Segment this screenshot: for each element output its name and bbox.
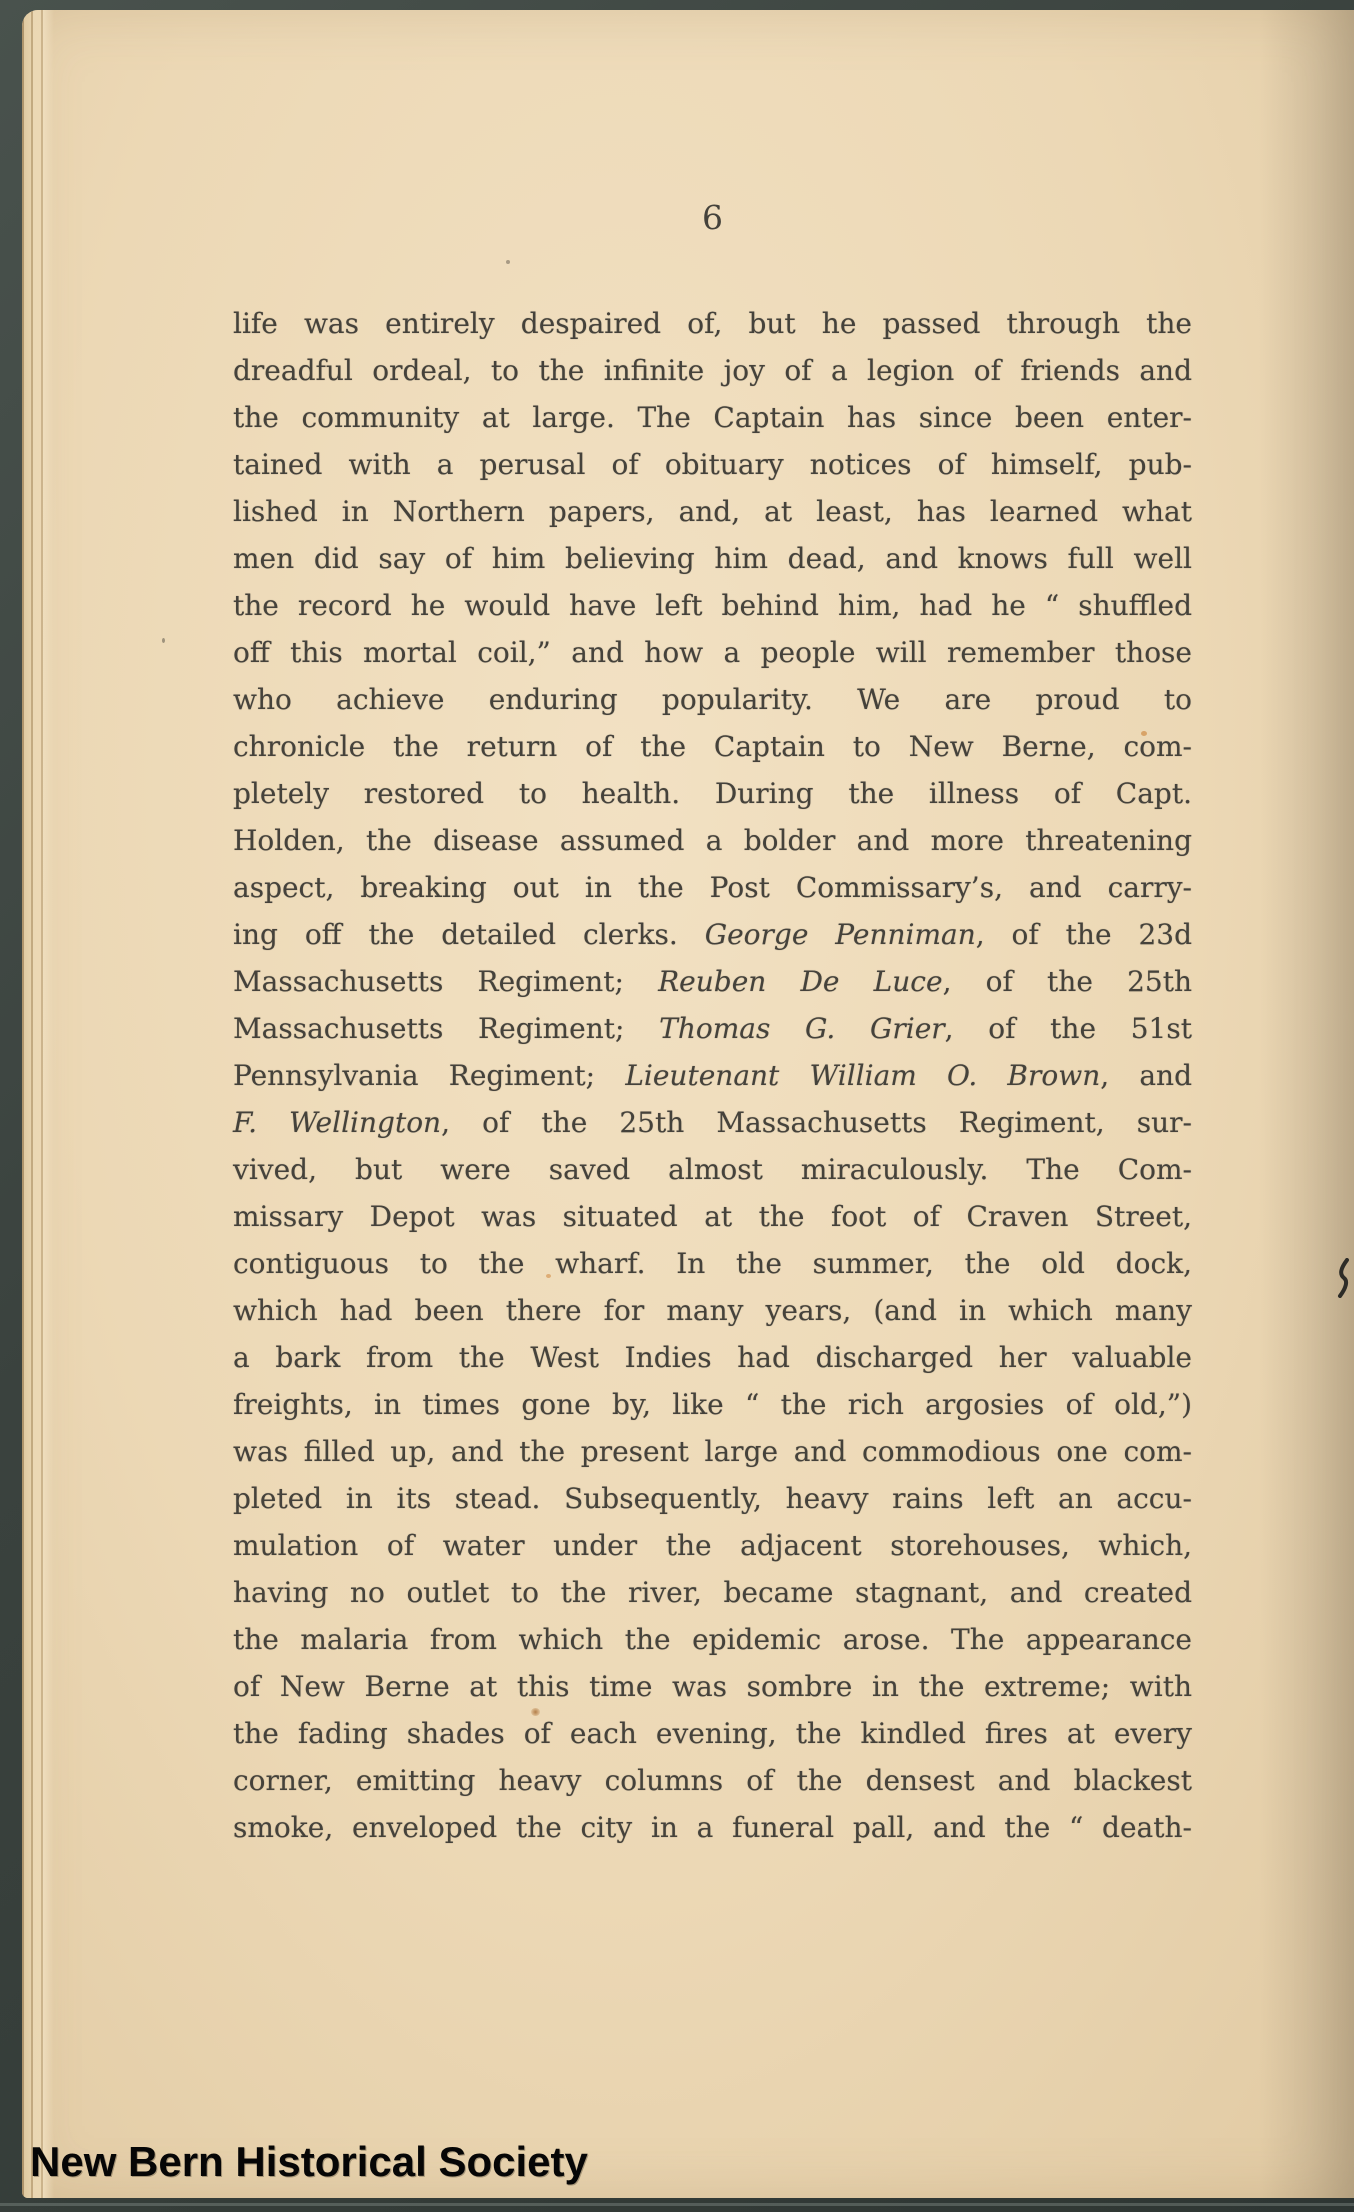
text-line: having no outlet to the river, became st…: [233, 1569, 1192, 1616]
text-line: contiguous to the wharf. In the summer, …: [233, 1240, 1192, 1287]
text-segment: which had been there for many years, (an…: [233, 1294, 1192, 1327]
italic-text-segment: F. Wellington: [233, 1106, 441, 1139]
text-line: chronicle the return of the Captain to N…: [233, 723, 1192, 770]
text-segment: , of the 25th Massachusetts Regiment, su…: [441, 1106, 1192, 1139]
footer-stamp: New Bern Historical Society: [30, 2138, 588, 2186]
text-segment: chronicle the return of the Captain to N…: [233, 730, 1192, 763]
text-line: corner, emitting heavy columns of the de…: [233, 1757, 1192, 1804]
text-line: who achieve enduring popularity. We are …: [233, 676, 1192, 723]
text-line: smoke, enveloped the city in a funeral p…: [233, 1804, 1192, 1851]
text-line: Pennsylvania Regiment; Lieutenant Willia…: [233, 1052, 1192, 1099]
text-segment: lished in Northern papers, and, at least…: [233, 495, 1192, 528]
italic-text-segment: George Penniman: [705, 918, 976, 951]
italic-text-segment: Lieutenant William O. Brown: [625, 1059, 1100, 1092]
text-line: freights, in times gone by, like “ the r…: [233, 1381, 1192, 1428]
text-line: vived, but were saved almost miraculousl…: [233, 1146, 1192, 1193]
text-line: of New Berne at this time was sombre in …: [233, 1663, 1192, 1710]
italic-text-segment: Reuben De Luce: [658, 965, 942, 998]
text-line: F. Wellington, of the 25th Massachusetts…: [233, 1099, 1192, 1146]
text-segment: the community at large. The Captain has …: [233, 401, 1192, 434]
page-text: life was entirely despaired of, but he p…: [233, 300, 1192, 1851]
text-line: lished in Northern papers, and, at least…: [233, 488, 1192, 535]
italic-text-segment: Thomas G. Grier: [659, 1012, 945, 1045]
text-line: men did say of him believing him dead, a…: [233, 535, 1192, 582]
text-line: the fading shades of each evening, the k…: [233, 1710, 1192, 1757]
text-segment: was filled up, and the present large and…: [233, 1435, 1192, 1468]
text-segment: Pennsylvania Regiment;: [233, 1059, 625, 1092]
paper-speck: [506, 260, 510, 264]
scanned-book-page: 6 life was entirely despaired of, but he…: [0, 0, 1354, 2212]
text-segment: , of the 51st: [945, 1012, 1192, 1045]
paper-speck: [546, 1274, 551, 1278]
text-line: which had been there for many years, (an…: [233, 1287, 1192, 1334]
text-segment: having no outlet to the river, became st…: [233, 1576, 1192, 1609]
text-segment: aspect, breaking out in the Post Commiss…: [233, 871, 1192, 904]
text-line: Massachusetts Regiment; Thomas G. Grier,…: [233, 1005, 1192, 1052]
text-segment: the record he would have left behind him…: [233, 589, 1192, 622]
text-segment: vived, but were saved almost miraculousl…: [233, 1153, 1192, 1186]
text-line: was filled up, and the present large and…: [233, 1428, 1192, 1475]
text-segment: of New Berne at this time was sombre in …: [233, 1670, 1192, 1703]
ink-mark: [1333, 1258, 1353, 1298]
text-segment: missary Depot was situated at the foot o…: [233, 1200, 1192, 1233]
text-segment: mulation of water under the adjacent sto…: [233, 1529, 1192, 1562]
page-stack-edges: [22, 10, 54, 2198]
text-segment: dreadful ordeal, to the infinite joy of …: [233, 354, 1192, 387]
text-segment: tained with a perusal of obituary notice…: [233, 448, 1192, 481]
text-line: missary Depot was situated at the foot o…: [233, 1193, 1192, 1240]
text-segment: pleted in its stead. Subsequently, heavy…: [233, 1482, 1192, 1515]
text-segment: men did say of him believing him dead, a…: [233, 542, 1192, 575]
text-line: off this mortal coil,” and how a people …: [233, 629, 1192, 676]
text-segment: ing off the detailed clerks.: [233, 918, 705, 951]
page-curl-shadow: [1259, 10, 1354, 2198]
text-line: Massachusetts Regiment; Reuben De Luce, …: [233, 958, 1192, 1005]
text-line: the malaria from which the epidemic aros…: [233, 1616, 1192, 1663]
book-page: 6 life was entirely despaired of, but he…: [22, 10, 1354, 2198]
text-segment: a bark from the West Indies had discharg…: [233, 1341, 1192, 1374]
text-line: pleted in its stead. Subsequently, heavy…: [233, 1475, 1192, 1522]
text-line: a bark from the West Indies had discharg…: [233, 1334, 1192, 1381]
paper-speck: [531, 1708, 540, 1716]
text-segment: freights, in times gone by, like “ the r…: [233, 1388, 1192, 1421]
text-segment: Holden, the disease assumed a bolder and…: [233, 824, 1192, 857]
text-segment: the fading shades of each evening, the k…: [233, 1717, 1192, 1750]
text-line: ing off the detailed clerks. George Penn…: [233, 911, 1192, 958]
text-line: life was entirely despaired of, but he p…: [233, 300, 1192, 347]
page-number: 6: [233, 198, 1192, 237]
text-segment: smoke, enveloped the city in a funeral p…: [233, 1811, 1192, 1844]
text-segment: , of the 23d: [976, 918, 1192, 951]
text-segment: Massachusetts Regiment;: [233, 965, 658, 998]
text-segment: contiguous to the wharf. In the summer, …: [233, 1247, 1192, 1280]
paper-speck: [1141, 731, 1147, 736]
text-segment: , and: [1100, 1059, 1192, 1092]
text-line: the record he would have left behind him…: [233, 582, 1192, 629]
text-line: dreadful ordeal, to the infinite joy of …: [233, 347, 1192, 394]
text-segment: corner, emitting heavy columns of the de…: [233, 1764, 1192, 1797]
text-segment: who achieve enduring popularity. We are …: [233, 683, 1192, 716]
text-segment: life was entirely despaired of, but he p…: [233, 307, 1192, 340]
text-segment: pletely restored to health. During the i…: [233, 777, 1192, 810]
text-segment: , of the 25th: [943, 965, 1192, 998]
text-line: the community at large. The Captain has …: [233, 394, 1192, 441]
text-segment: off this mortal coil,” and how a people …: [233, 636, 1192, 669]
text-line: tained with a perusal of obituary notice…: [233, 441, 1192, 488]
text-line: aspect, breaking out in the Post Commiss…: [233, 864, 1192, 911]
text-line: mulation of water under the adjacent sto…: [233, 1522, 1192, 1569]
text-line: Holden, the disease assumed a bolder and…: [233, 817, 1192, 864]
text-segment: Massachusetts Regiment;: [233, 1012, 659, 1045]
text-segment: the malaria from which the epidemic aros…: [233, 1623, 1192, 1656]
text-line: pletely restored to health. During the i…: [233, 770, 1192, 817]
paper-speck: [162, 638, 165, 643]
